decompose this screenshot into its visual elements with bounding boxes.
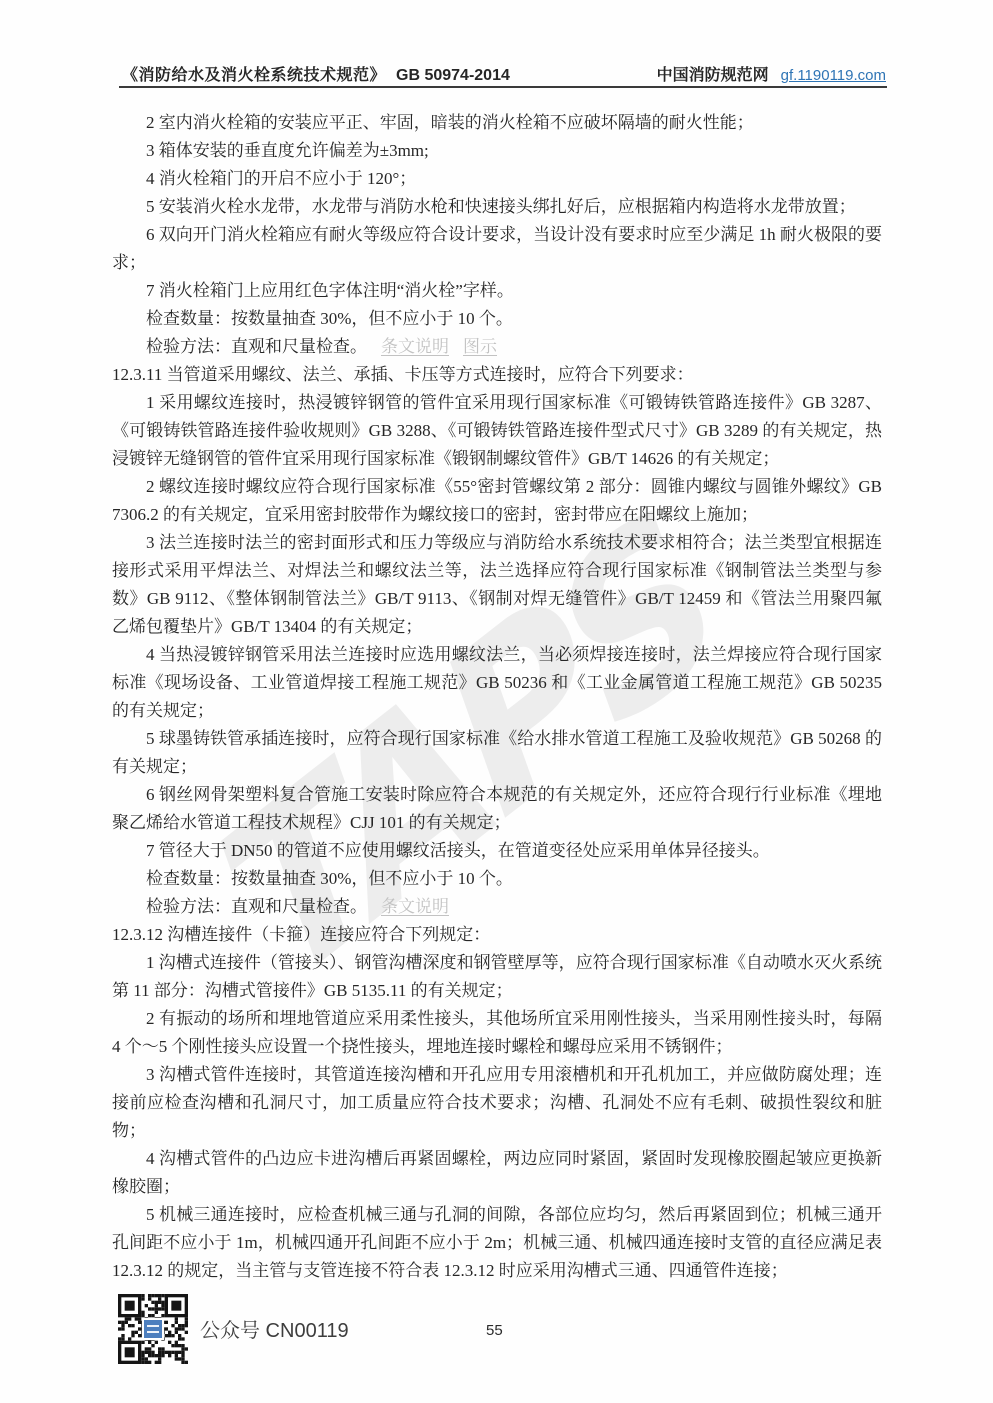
header-right: 中国消防规范网 gf.1190119.com: [657, 62, 886, 85]
site-name: 中国消防规范网: [657, 67, 769, 84]
paragraph-text: 12.3.12 沟槽连接件（卡箍）连接应符合下列规定：: [112, 925, 490, 944]
page-footer: 公众号 CN00119 55: [0, 1292, 993, 1372]
paragraph: 2 有振动的场所和埋地管道应采用柔性接头，其他场所宜采用刚性接头，当采用刚性接头…: [112, 1005, 882, 1061]
paragraph: 7 管径大于 DN50 的管道不应使用螺纹活接头，在管道变径处应采用单体异径接头…: [112, 837, 882, 865]
paragraph-text: 7 管径大于 DN50 的管道不应使用螺纹活接头，在管道变径处应采用单体异径接头…: [146, 841, 770, 860]
header-left: 《消防给水及消火栓系统技术规范》 GB 50974-2014: [122, 62, 510, 85]
paragraph-text: 12.3.11 当管道采用螺纹、法兰、承插、卡压等方式连接时，应符合下列要求：: [112, 365, 694, 384]
paragraph: 检查数量：按数量抽查 30%，但不应小于 10 个。: [112, 865, 882, 893]
header-divider: [119, 86, 887, 88]
paragraph: 1 采用螺纹连接时，热浸镀锌钢管的管件宜采用现行国家标准《可锻铸铁管路连接件》G…: [112, 389, 882, 473]
page-number: 55: [486, 1322, 503, 1339]
qr-code-image: [118, 1294, 188, 1364]
paragraph-text: 7 消火栓箱门上应用红色字体注明“消火栓”字样。: [146, 281, 514, 300]
paragraph: 7 消火栓箱门上应用红色字体注明“消火栓”字样。: [112, 277, 882, 305]
paragraph-text: 1 采用螺纹连接时，热浸镀锌钢管的管件宜采用现行国家标准《可锻铸铁管路连接件》G…: [112, 393, 882, 468]
paragraph: 6 钢丝网骨架塑料复合管施工安装时除应符合本规范的有关规定外，还应符合现行行业标…: [112, 781, 882, 837]
paragraph-text: 2 有振动的场所和埋地管道应采用柔性接头，其他场所宜采用刚性接头，当采用刚性接头…: [112, 1009, 882, 1056]
paragraph: 检验方法：直观和尺量检查。条文说明图示: [112, 333, 882, 361]
paragraph: 5 安装消火栓水龙带，水龙带与消防水枪和快速接头绑扎好后，应根据箱内构造将水龙带…: [112, 193, 882, 221]
paragraph-text: 检验方法：直观和尺量检查。: [146, 897, 367, 916]
doc-code: GB 50974-2014: [396, 67, 510, 84]
paragraph-text: 5 球墨铸铁管承插连接时，应符合现行国家标准《给水排水管道工程施工及验收规范》G…: [112, 729, 882, 776]
paragraph: 5 球墨铸铁管承插连接时，应符合现行国家标准《给水排水管道工程施工及验收规范》G…: [112, 725, 882, 781]
paragraph-text: 检查数量：按数量抽查 30%，但不应小于 10 个。: [146, 869, 513, 888]
paragraph-text: 2 室内消火栓箱的安装应平正、牢固，暗装的消火栓箱不应破坏隔墙的耐火性能；: [146, 113, 754, 132]
paragraph-text: 3 沟槽式管件连接时，其管道连接沟槽和开孔应用专用滚槽机和开孔机加工，并应做防腐…: [112, 1065, 882, 1140]
section-heading: 12.3.12 沟槽连接件（卡箍）连接应符合下列规定：: [112, 921, 882, 949]
paragraph-text: 1 沟槽式连接件（管接头）、钢管沟槽深度和钢管壁厚等，应符合现行国家标准《自动喷…: [112, 953, 882, 1000]
qr-label: 公众号 CN00119: [200, 1314, 349, 1343]
paragraph-text: 5 安装消火栓水龙带，水龙带与消防水枪和快速接头绑扎好后，应根据箱内构造将水龙带…: [146, 197, 856, 216]
paragraph: 3 法兰连接时法兰的密封面形式和压力等级应与消防给水系统技术要求相符合；法兰类型…: [112, 529, 882, 641]
paragraph: 2 螺纹连接时螺纹应符合现行国家标准《55°密封管螺纹第 2 部分：圆锥内螺纹与…: [112, 473, 882, 529]
paragraph: 4 当热浸镀锌钢管采用法兰连接时应选用螺纹法兰，当必须焊接连接时，法兰焊接应符合…: [112, 641, 882, 725]
paragraph: 2 室内消火栓箱的安装应平正、牢固，暗装的消火栓箱不应破坏隔墙的耐火性能；: [112, 109, 882, 137]
paragraph-text: 3 法兰连接时法兰的密封面形式和压力等级应与消防给水系统技术要求相符合；法兰类型…: [112, 533, 882, 636]
doc-title: 《消防给水及消火栓系统技术规范》: [122, 67, 386, 84]
paragraph: 3 沟槽式管件连接时，其管道连接沟槽和开孔应用专用滚槽机和开孔机加工，并应做防腐…: [112, 1061, 882, 1145]
qr-center-logo: [142, 1318, 164, 1340]
paragraph-text: 5 机械三通连接时，应检查机械三通与孔洞的间隙，各部位应均匀，然后再紧固到位；机…: [112, 1205, 882, 1280]
page-header: 《消防给水及消火栓系统技术规范》 GB 50974-2014 中国消防规范网 g…: [122, 62, 886, 85]
paragraph: 5 机械三通连接时，应检查机械三通与孔洞的间隙，各部位应均匀，然后再紧固到位；机…: [112, 1201, 882, 1285]
paragraph-text: 3 箱体安装的垂直度允许偏差为±3mm;: [146, 141, 429, 160]
paragraph-text: 4 沟槽式管件的凸边应卡进沟槽后再紧固螺栓，两边应同时紧固，紧固时发现橡胶圈起皱…: [112, 1149, 882, 1196]
paragraph: 4 沟槽式管件的凸边应卡进沟槽后再紧固螺栓，两边应同时紧固，紧固时发现橡胶圈起皱…: [112, 1145, 882, 1201]
paragraph-text: 2 螺纹连接时螺纹应符合现行国家标准《55°密封管螺纹第 2 部分：圆锥内螺纹与…: [112, 477, 882, 524]
paragraph-text: 6 钢丝网骨架塑料复合管施工安装时除应符合本规范的有关规定外，还应符合现行行业标…: [112, 785, 882, 832]
section-heading: 12.3.11 当管道采用螺纹、法兰、承插、卡压等方式连接时，应符合下列要求：: [112, 361, 882, 389]
paragraph: 4 消火栓箱门的开启不应小于 120°；: [112, 165, 882, 193]
paragraph: 检查数量：按数量抽查 30%，但不应小于 10 个。: [112, 305, 882, 333]
paragraph: 检验方法：直观和尺量检查。条文说明: [112, 893, 882, 921]
paragraph-text: 检验方法：直观和尺量检查。: [146, 337, 367, 356]
paragraph-text: 4 消火栓箱门的开启不应小于 120°；: [146, 169, 416, 188]
document-body: 2 室内消火栓箱的安装应平正、牢固，暗装的消火栓箱不应破坏隔墙的耐火性能；3 箱…: [112, 109, 882, 1285]
document-page: 《消防给水及消火栓系统技术规范》 GB 50974-2014 中国消防规范网 g…: [0, 0, 993, 1403]
paragraph: 1 沟槽式连接件（管接头）、钢管沟槽深度和钢管壁厚等，应符合现行国家标准《自动喷…: [112, 949, 882, 1005]
paragraph: 6 双向开门消火栓箱应有耐火等级应符合设计要求，当设计没有要求时应至少满足 1h…: [112, 221, 882, 277]
paragraph-text: 4 当热浸镀锌钢管采用法兰连接时应选用螺纹法兰，当必须焊接连接时，法兰焊接应符合…: [112, 645, 882, 720]
site-link[interactable]: gf.1190119.com: [781, 67, 886, 84]
illustration-link[interactable]: 图示: [463, 337, 497, 356]
clause-explanation-link[interactable]: 条文说明: [381, 897, 449, 916]
clause-explanation-link[interactable]: 条文说明: [381, 337, 449, 356]
paragraph-text: 6 双向开门消火栓箱应有耐火等级应符合设计要求，当设计没有要求时应至少满足 1h…: [112, 225, 882, 272]
paragraph: 3 箱体安装的垂直度允许偏差为±3mm;: [112, 137, 882, 165]
paragraph-text: 检查数量：按数量抽查 30%，但不应小于 10 个。: [146, 309, 513, 328]
